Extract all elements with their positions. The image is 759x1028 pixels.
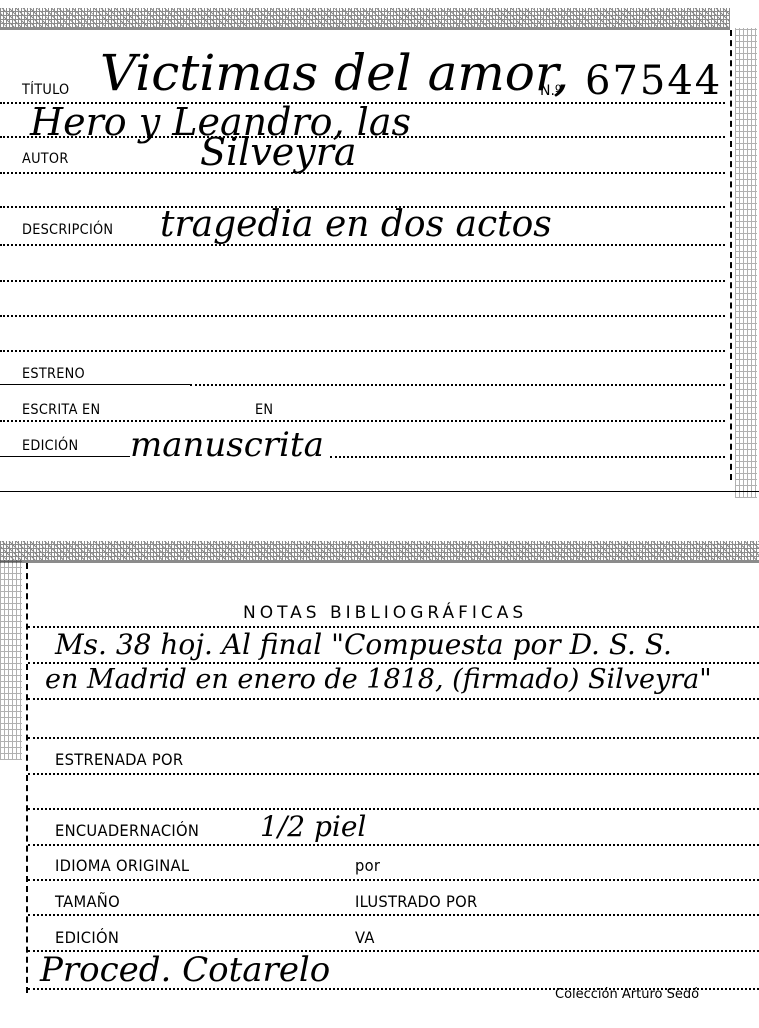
titulo-label: TÍTULO [22,82,69,98]
en-label: EN [255,402,273,418]
estreno-label: ESTRENO [22,366,85,382]
idioma-line [28,879,759,881]
descripcion-value: tragedia en dos actos [160,204,552,245]
estreno-line [190,384,725,386]
notas-line-3 [28,737,759,739]
edicion-line [330,456,725,458]
numero-value: 67544 [585,58,722,104]
edicion-label: EDICIÓN [22,438,78,454]
notas-text-line2: en Madrid en enero de 1818, (firmado) Si… [45,664,712,695]
procedencia-value: Proced. Cotarelo [40,950,330,990]
escrita-en-label: ESCRITA EN [22,402,100,418]
estreno-underline [0,384,190,385]
encuadernacion-value: 1/2 piel [260,810,366,843]
tamano-line [28,914,759,916]
titulo-line-2 [0,136,725,138]
coleccion-stamp: Colección Arturo Sedó [555,987,699,1002]
descripcion-label: DESCRIPCIÓN [22,222,113,238]
por-label: por [355,856,380,875]
descripcion-line-4 [0,350,725,352]
autor-value: Silveyra [200,130,357,174]
edicion-back-label: EDICIÓN [55,928,119,947]
va-label: VA [355,928,375,947]
ilustrado-por-label: ILUSTRADO POR [355,892,478,911]
notas-text-line1: Ms. 38 hoj. Al final "Compuesta por D. S… [55,628,672,661]
encuadernacion-line [28,844,759,846]
autor-line [0,172,725,174]
descripcion-line-3 [0,315,725,317]
numero-label: N.º [540,83,562,99]
notas-line-2 [28,698,759,700]
autor-label: AUTOR [22,151,69,167]
edicion-underline [0,456,130,457]
blank-line [28,808,759,810]
edicion-value: manuscrita [130,425,324,465]
tamano-label: TAMAÑO [55,892,120,911]
estrenada-por-label: ESTRENADA POR [55,750,183,769]
card-front-bottom-edge [0,491,759,492]
titulo-value: Victimas del amor, [100,44,569,102]
catalog-card-back: NOTAS BIBLIOGRÁFICAS Ms. 38 hoj. Al fina… [0,540,759,1028]
catalog-card-front: TÍTULO Victimas del amor, N.º 67544 Hero… [0,0,759,500]
descripcion-line-2 [0,280,725,282]
escrita-en-line [0,420,725,422]
encuadernacion-label: ENCUADERNACIÓN [55,821,199,840]
notas-heading: NOTAS BIBLIOGRÁFICAS [243,603,527,623]
idioma-original-label: IDIOMA ORIGINAL [55,856,189,875]
estrenada-por-line [28,773,759,775]
descripcion-line [0,244,725,246]
